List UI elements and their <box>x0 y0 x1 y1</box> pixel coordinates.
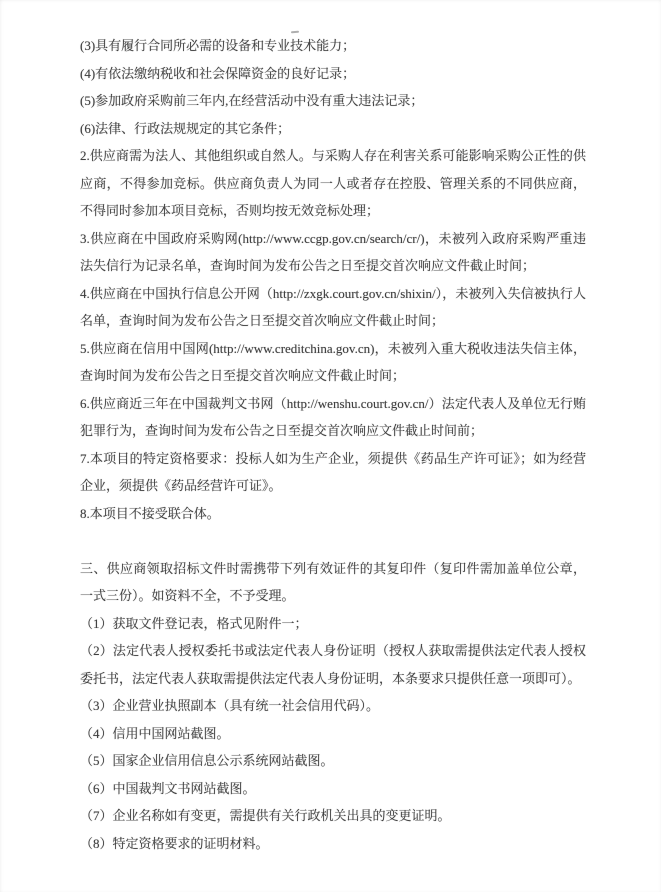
qualification-clause: 4.供应商在中国执行信息公开网（http://zxgk.court.gov.cn… <box>80 280 586 335</box>
certificate-item: （6）中国裁判文书网站截图。 <box>80 775 586 803</box>
certificate-item: （7）企业名称如有变更，需提供有关行政机关出具的变更证明。 <box>80 802 586 830</box>
qualification-clause: 6.供应商近三年在中国裁判文书网（http://wenshu.court.gov… <box>80 390 586 445</box>
certificate-item: （3）企业营业执照副本（具有统一社会信用代码）。 <box>80 692 586 720</box>
section-three-heading: 三、供应商领取招标文件时需携带下列有效证件的其复印件（复印件需加盖单位公章，一式… <box>80 555 586 610</box>
certificate-item: （5）国家企业信用信息公示系统网站截图。 <box>80 747 586 775</box>
qualification-clause: 2.供应商需为法人、其他组织或自然人。与采购人存在利害关系可能影响采购公正性的供… <box>80 142 586 225</box>
certificate-item: （1）获取文件登记表，格式见附件一； <box>80 610 586 638</box>
document-page: (3)具有履行合同所必需的设备和专业技术能力； (4)有依法缴纳税收和社会保障资… <box>0 0 661 892</box>
certificate-item: （4）信用中国网站截图。 <box>80 720 586 748</box>
qualification-clause: 5.供应商在信用中国网(http://www.creditchina.gov.c… <box>80 335 586 390</box>
qualification-clause: 3.供应商在中国政府采购网(http://www.ccgp.gov.cn/sea… <box>80 225 586 280</box>
qualification-clause: (3)具有履行合同所必需的设备和专业技术能力； <box>80 32 586 60</box>
qualification-clause: 7.本项目的特定资格要求：投标人如为生产企业，须提供《药品生产许可证》；如为经营… <box>80 445 586 500</box>
qualification-clause: (4)有依法缴纳税收和社会保障资金的良好记录； <box>80 60 586 88</box>
qualification-clause: (5)参加政府采购前三年内,在经营活动中没有重大违法记录； <box>80 87 586 115</box>
document-content: (3)具有履行合同所必需的设备和专业技术能力； (4)有依法缴纳税收和社会保障资… <box>80 32 586 857</box>
section-gap <box>80 527 586 555</box>
qualification-clause: 8.本项目不接受联合体。 <box>80 500 586 528</box>
certificate-item: （8）特定资格要求的证明材料。 <box>80 830 586 858</box>
qualification-clause: (6)法律、行政法规规定的其它条件； <box>80 115 586 143</box>
certificate-item: （2）法定代表人授权委托书或法定代表人身份证明（授权人获取需提供法定代表人授权委… <box>80 637 586 692</box>
